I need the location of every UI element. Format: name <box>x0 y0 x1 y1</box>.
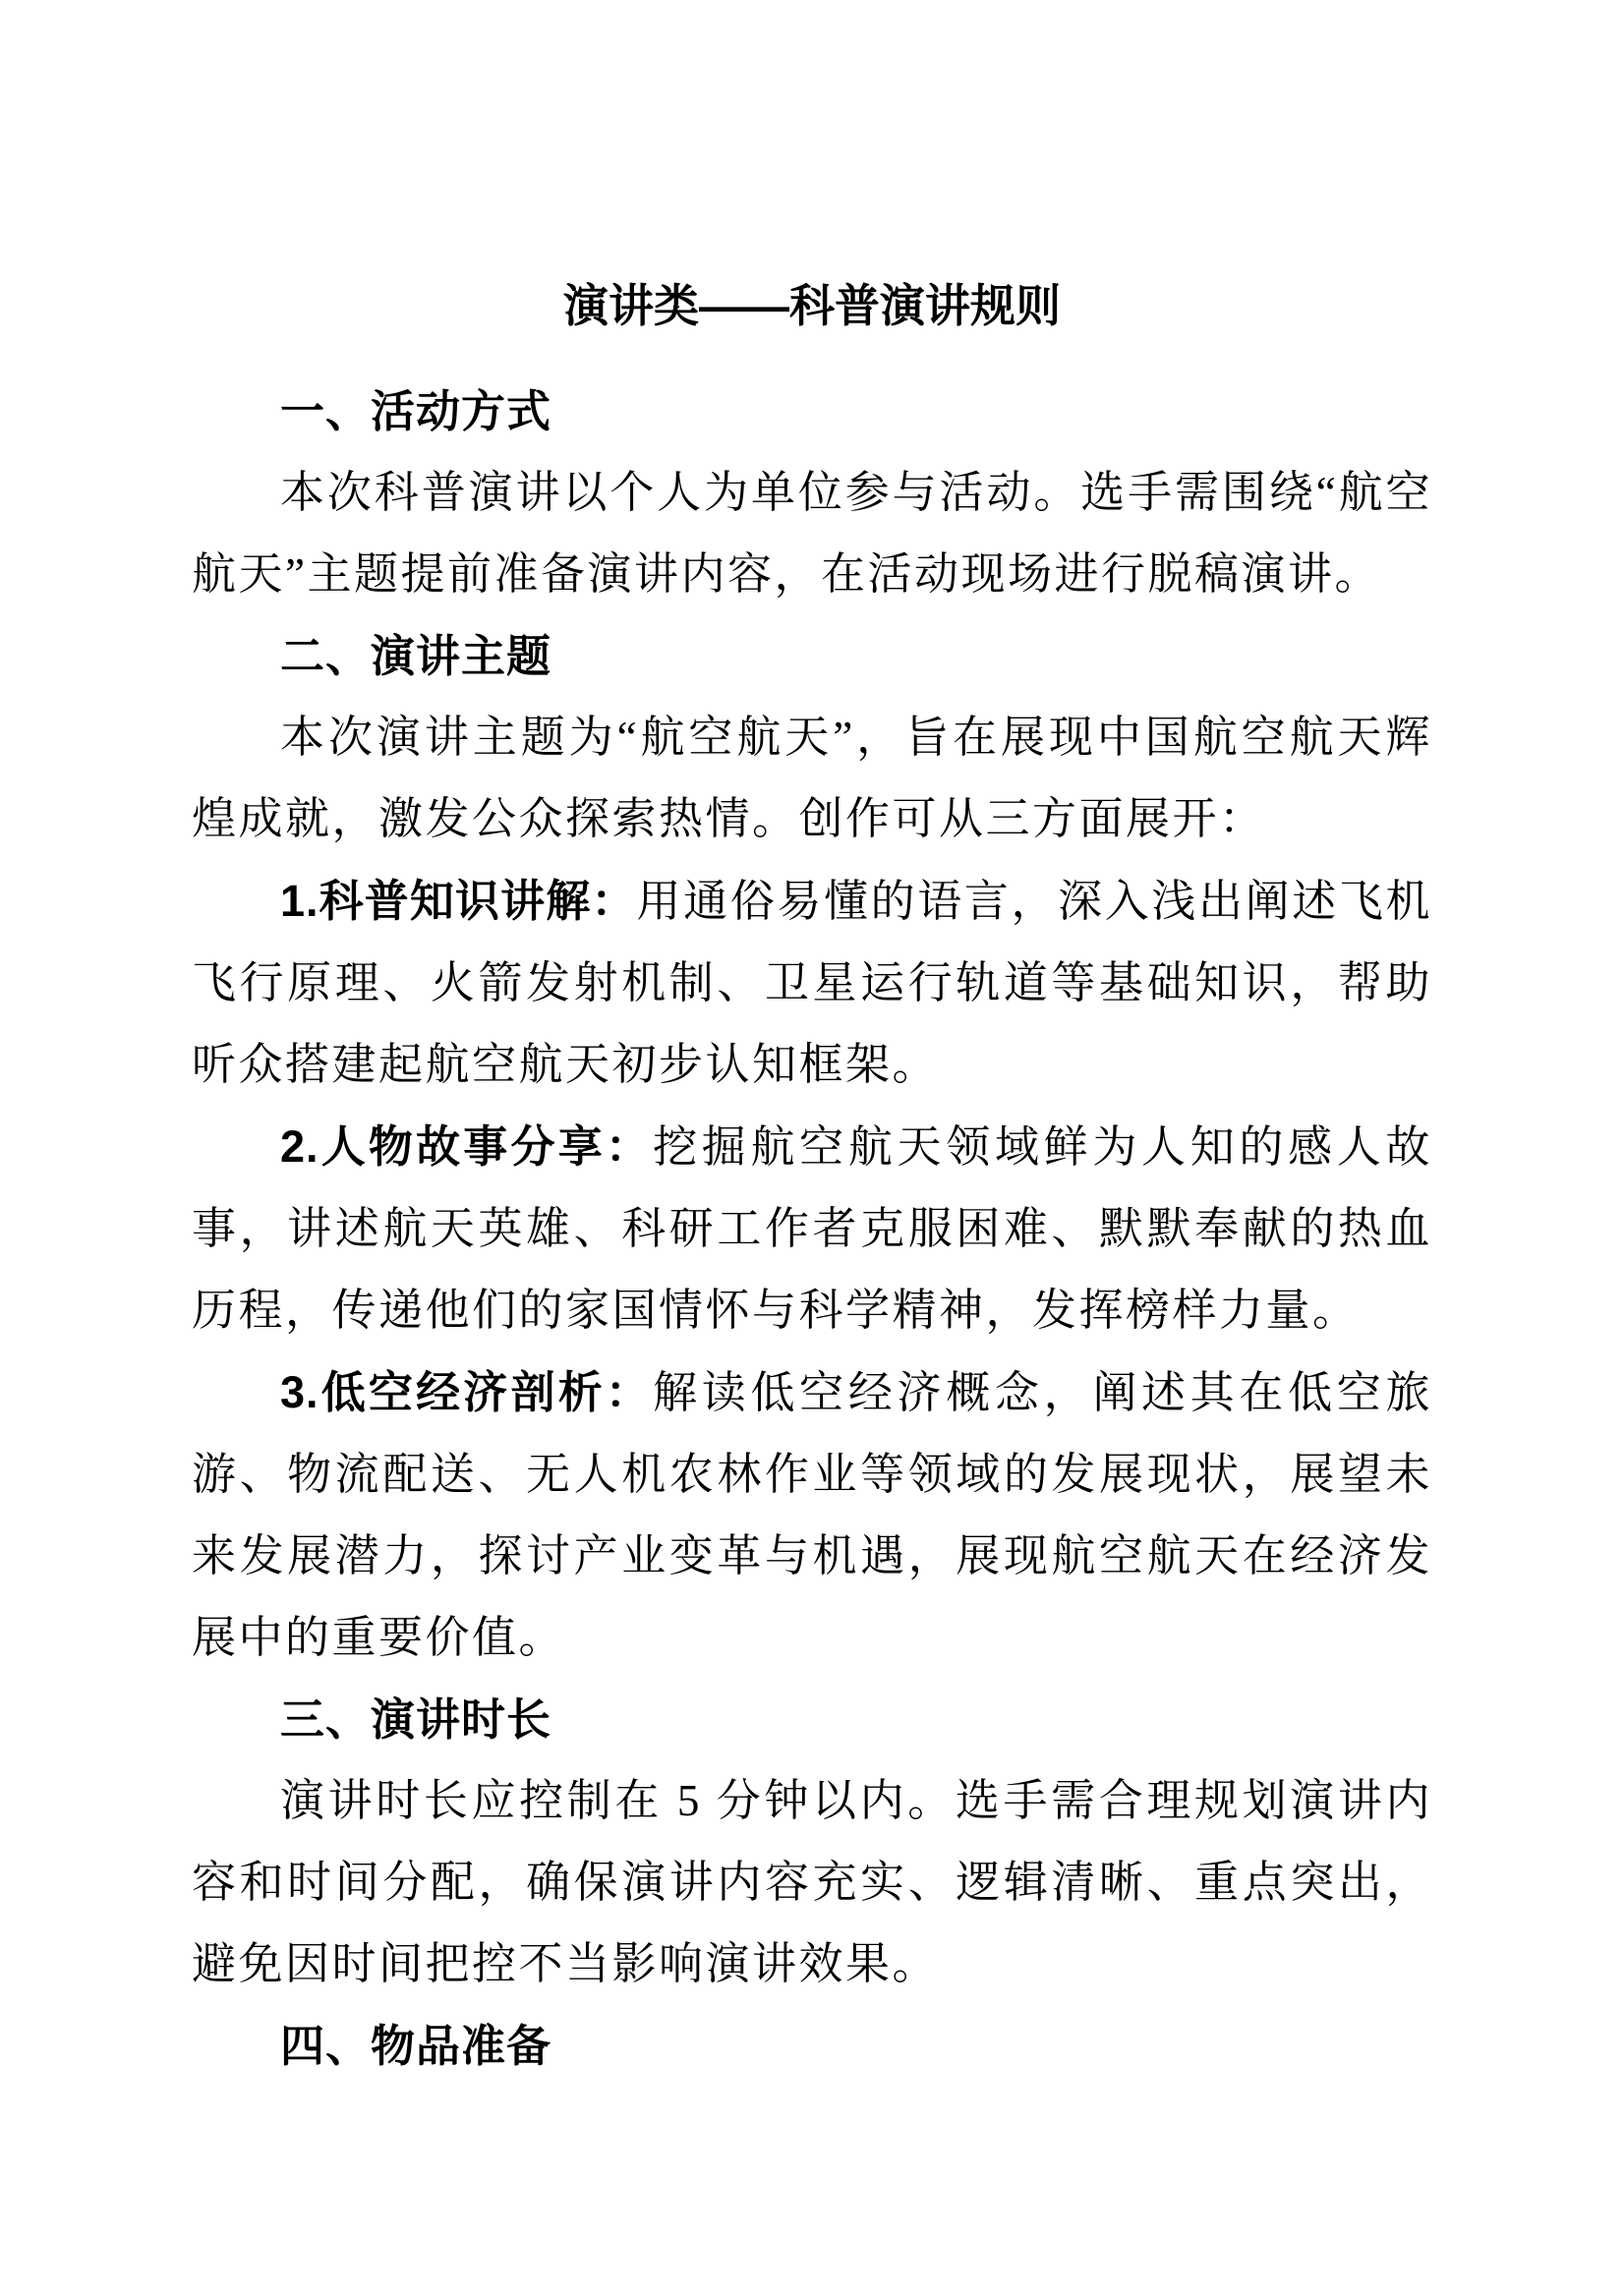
list-item-science-knowledge-lead: 1.科普知识讲解： <box>280 876 637 926</box>
paragraph-speech-duration: 演讲时长应控制在 5 分钟以内。选手需合理规划演讲内容和时间分配，确保演讲内容充… <box>192 1760 1432 2005</box>
document-title: 演讲类——科普演讲规则 <box>192 265 1432 347</box>
paragraph-activity-method: 本次科普演讲以个人为单位参与活动。选手需围绕“航空航天”主题提前准备演讲内容，在… <box>192 452 1432 615</box>
document-page: 演讲类——科普演讲规则 一、活动方式 本次科普演讲以个人为单位参与活动。选手需围… <box>0 0 1624 2296</box>
list-item-low-altitude-economy-lead: 3.低空经济剖析： <box>280 1367 653 1417</box>
section-heading-item-preparation: 四、物品准备 <box>192 2005 1432 2087</box>
paragraph-speech-topic-intro: 本次演讲主题为“航空航天”，旨在展现中国航空航天辉煌成就，激发公众探索热情。创作… <box>192 697 1432 860</box>
section-heading-activity-method: 一、活动方式 <box>192 371 1432 452</box>
list-item-character-story: 2.人物故事分享：挖掘航空航天领域鲜为人知的感人故事，讲述航天英雄、科研工作者克… <box>192 1106 1432 1351</box>
section-heading-speech-topic: 二、演讲主题 <box>192 615 1432 697</box>
list-item-science-knowledge: 1.科普知识讲解：用通俗易懂的语言，深入浅出阐述飞机飞行原理、火箭发射机制、卫星… <box>192 860 1432 1106</box>
list-item-character-story-lead: 2.人物故事分享： <box>280 1121 653 1172</box>
section-heading-speech-duration: 三、演讲时长 <box>192 1679 1432 1760</box>
list-item-low-altitude-economy: 3.低空经济剖析：解读低空经济概念，阐述其在低空旅游、物流配送、无人机农林作业等… <box>192 1351 1432 1679</box>
